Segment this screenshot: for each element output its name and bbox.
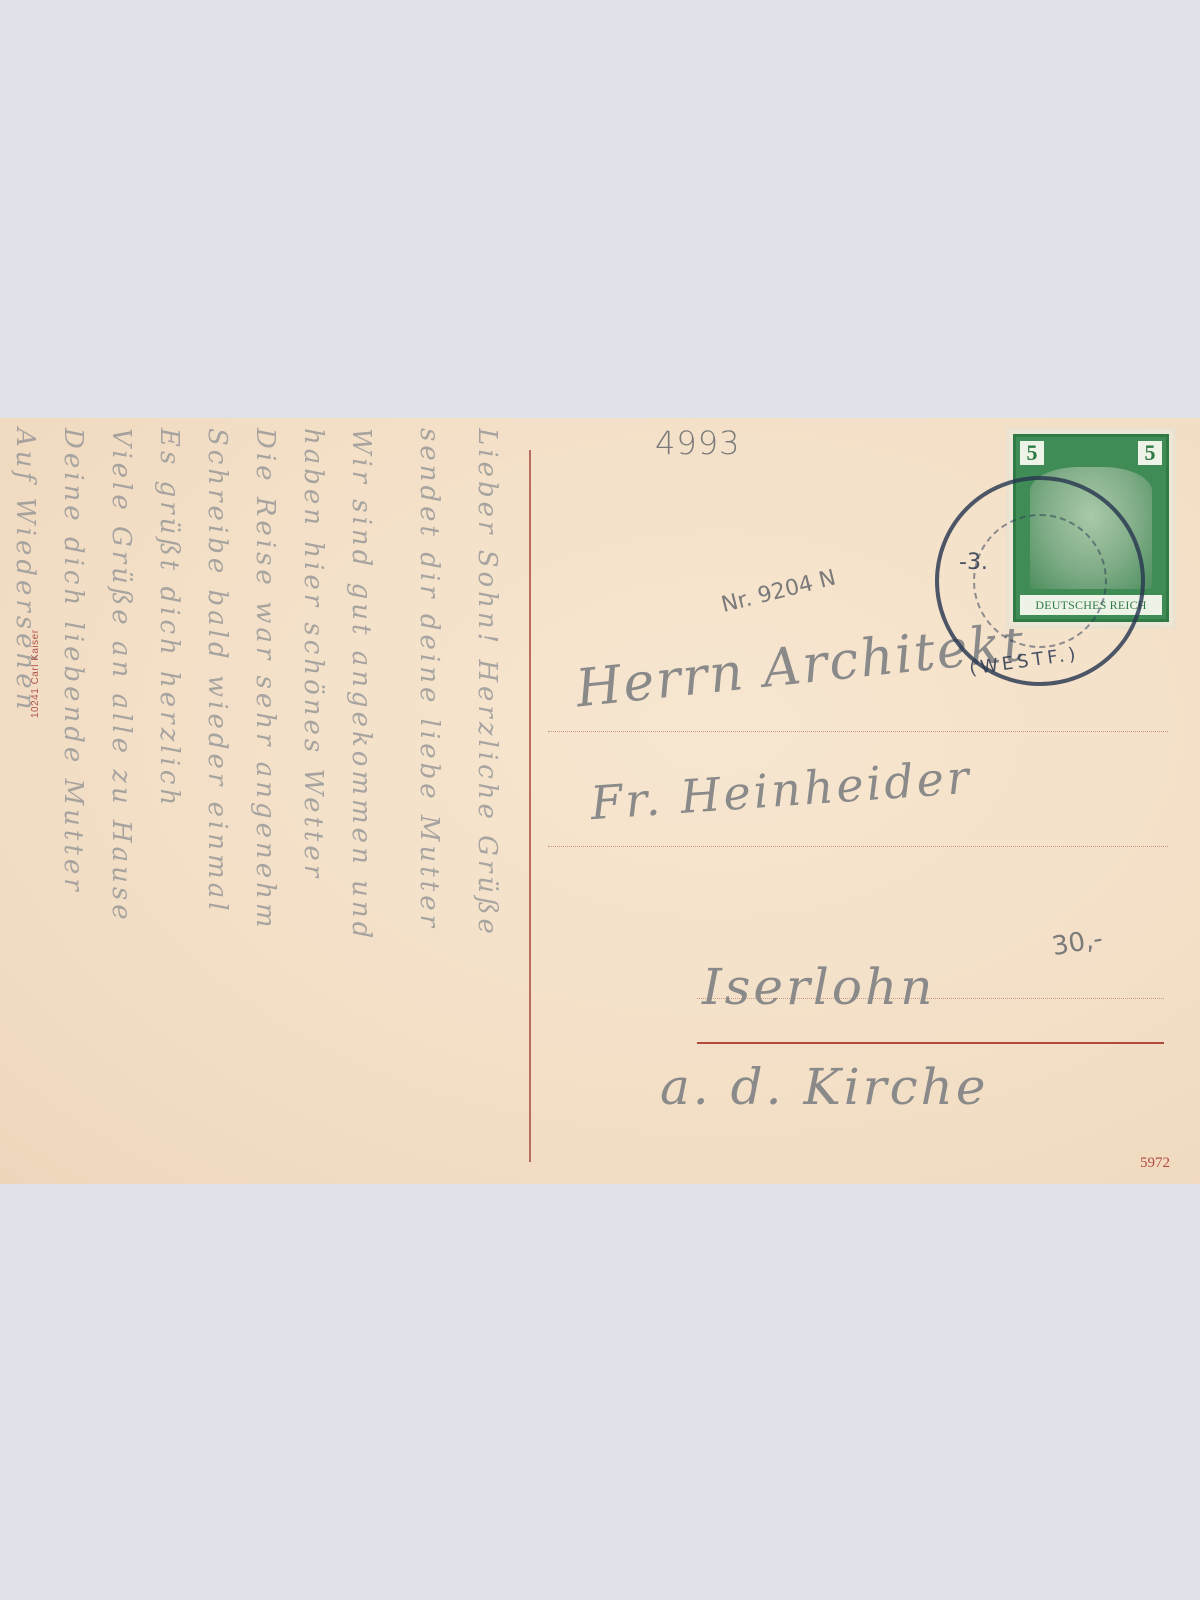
inventory-number: 4993	[655, 424, 740, 462]
message-line: Es grüßt dich herzlich	[154, 428, 184, 1178]
postmark-cancel: -3. (WESTF.)	[935, 476, 1145, 686]
postmark-date: -3.	[959, 550, 988, 575]
message-line: sendet dir deine liebe Mutter	[414, 428, 444, 1178]
stamp-value-right: 5	[1138, 441, 1162, 465]
message-line: Deine dich liebende Mutter	[58, 428, 88, 1178]
address-line-2: Fr. Heinheider	[589, 750, 974, 831]
publisher-imprint: 10241 Carl Kaiser	[30, 629, 41, 718]
center-divider	[529, 450, 531, 1162]
handwritten-message: Auf Wiedersehen Deine dich liebende Mutt…	[10, 418, 530, 1184]
stamp-value-left: 5	[1020, 441, 1044, 465]
address-dotted-line	[548, 846, 1168, 847]
printer-number: 5972	[1140, 1155, 1170, 1172]
postmark-inner-ring	[973, 514, 1107, 648]
message-line: Lieber Sohn! Herzliche Grüße	[472, 428, 502, 1178]
message-line: Viele Grüße an alle zu Hause	[106, 428, 136, 1178]
address-line-3: Iserlohn	[702, 958, 935, 1016]
message-line: Wir sind gut angekommen und	[346, 428, 376, 1178]
message-line: Die Reise war sehr angenehm	[250, 428, 280, 1178]
address-underline	[697, 1042, 1164, 1044]
message-line: haben hier schönes Wetter	[298, 428, 328, 1178]
message-line: Schreibe bald wieder einmal	[202, 428, 232, 1178]
message-line: Auf Wiedersehen	[10, 428, 40, 1178]
address-dotted-line	[548, 731, 1168, 732]
price-mark: 30,-	[1050, 924, 1105, 962]
reference-number: Nr. 9204 N	[719, 565, 838, 618]
postcard: Auf Wiedersehen Deine dich liebende Mutt…	[0, 418, 1200, 1184]
postmark-town: (WESTF.)	[968, 643, 1081, 679]
address-line-4: a. d. Kirche	[660, 1058, 988, 1116]
